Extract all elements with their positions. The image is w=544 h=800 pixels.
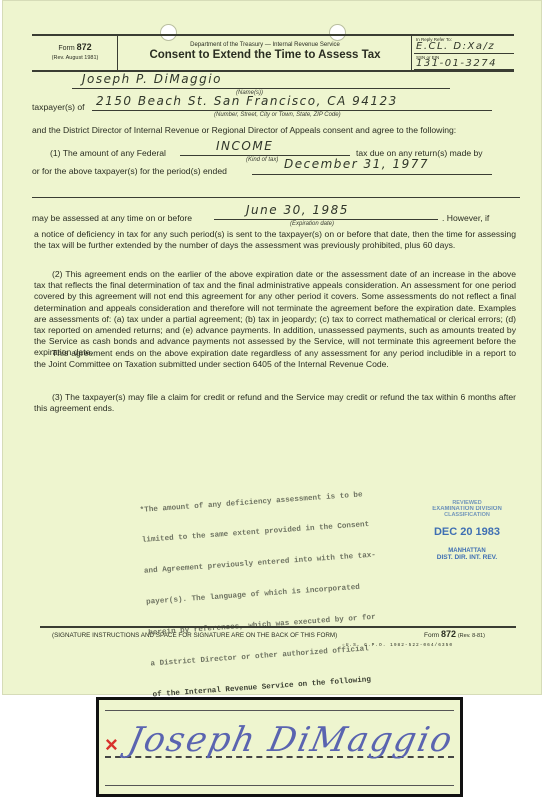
punch-hole	[160, 24, 177, 41]
footer-rule	[40, 626, 516, 628]
clause3-text: (3) The taxpayer(s) may file a claim for…	[34, 392, 516, 414]
punch-hole	[329, 24, 346, 41]
form-revision: (Rev. August 1981)	[34, 55, 116, 61]
assessed-label: may be assessed at any time on or before	[32, 213, 192, 224]
form-number: 872	[77, 42, 92, 52]
form-id-block: Form 872 (Rev. August 1981)	[34, 42, 116, 61]
footer-note: (SIGNATURE INSTRUCTIONS AND SPACE FOR SI…	[52, 632, 337, 639]
rider-line: limited to the same extent provided in t…	[142, 520, 375, 546]
header-divider	[411, 35, 412, 70]
title-block: Department of the Treasury — Internal Re…	[120, 42, 410, 61]
period-label: or for the above taxpayer(s) for the per…	[32, 166, 227, 177]
footer-form-number: 872	[441, 629, 456, 639]
rider-line: payer(s). The language of which is incor…	[146, 582, 379, 608]
signature-top-line	[105, 710, 454, 711]
rule	[414, 53, 514, 54]
period-line-2	[32, 197, 520, 198]
header-divider	[117, 35, 118, 70]
kind-of-tax-caption: (Kind of tax)	[246, 157, 278, 163]
taxpayer-name-value: Joseph P. DiMaggio	[82, 72, 222, 86]
period-line	[252, 174, 492, 175]
gpo-imprint: ☆U.S. G.P.O. 1982-522-064/6350	[342, 643, 453, 648]
expiration-caption: (Expiration date)	[290, 221, 334, 227]
clause1-continuation: a notice of deficiency in tax for any su…	[34, 229, 516, 251]
signature-inset: × Joseph DiMaggio	[96, 697, 463, 797]
address-line	[92, 110, 492, 111]
address-value: 2150 Beach St. San Francisco, CA 94123	[96, 94, 398, 108]
address-label: taxpayer(s) of	[32, 102, 85, 113]
address-caption: (Number, Street, City or Town, State, ZI…	[214, 112, 341, 118]
refer-to-value: E.CL. D:Xa/z	[416, 41, 495, 52]
kind-of-tax-line	[180, 155, 350, 156]
stamp-line: CLASSIFICATION	[402, 512, 532, 518]
rider-line: and Agreement previously entered into wi…	[144, 551, 377, 577]
intro-text: and the District Director of Internal Re…	[32, 125, 456, 136]
expiration-line	[214, 219, 438, 220]
rule	[414, 69, 514, 70]
signature-bottom-line	[105, 785, 454, 786]
footer-form-rev: (Rev. 8-81)	[458, 633, 485, 639]
form-number-prefix: Form	[58, 45, 74, 52]
rider-line: *The amount of any deficiency assessment…	[139, 489, 372, 515]
however-text: . However, if	[442, 213, 489, 224]
name-line	[72, 88, 450, 89]
stamp-office: DIST. DIR. INT. REV.	[402, 554, 532, 561]
clause2-text2: This agreement ends on the above expirat…	[34, 348, 516, 370]
footer-form-prefix: Form	[424, 632, 439, 639]
x-mark-icon: ×	[105, 732, 118, 758]
ssn-value: 131-01-3274	[416, 58, 497, 69]
form-document: Form 872 (Rev. August 1981) Department o…	[2, 0, 542, 695]
clause1-prefix: (1) The amount of any Federal	[50, 148, 166, 159]
period-value: December 31, 1977	[284, 157, 429, 171]
clause2-text: (2) This agreement ends on the earlier o…	[34, 269, 516, 359]
signature: Joseph DiMaggio	[125, 720, 458, 760]
footer-form-id: Form 872 (Rev. 8-81)	[424, 629, 485, 639]
department-name: Department of the Treasury — Internal Re…	[120, 42, 410, 48]
kind-of-tax-value: INCOME	[216, 139, 273, 153]
form-title: Consent to Extend the Time to Assess Tax	[120, 49, 410, 61]
received-stamp: REVIEWED EXAMINATION DIVISION CLASSIFICA…	[402, 500, 532, 561]
stamp-date: DEC 20 1983	[402, 526, 532, 538]
header-top-rule	[32, 34, 514, 36]
expiration-date-value: June 30, 1985	[246, 203, 349, 217]
